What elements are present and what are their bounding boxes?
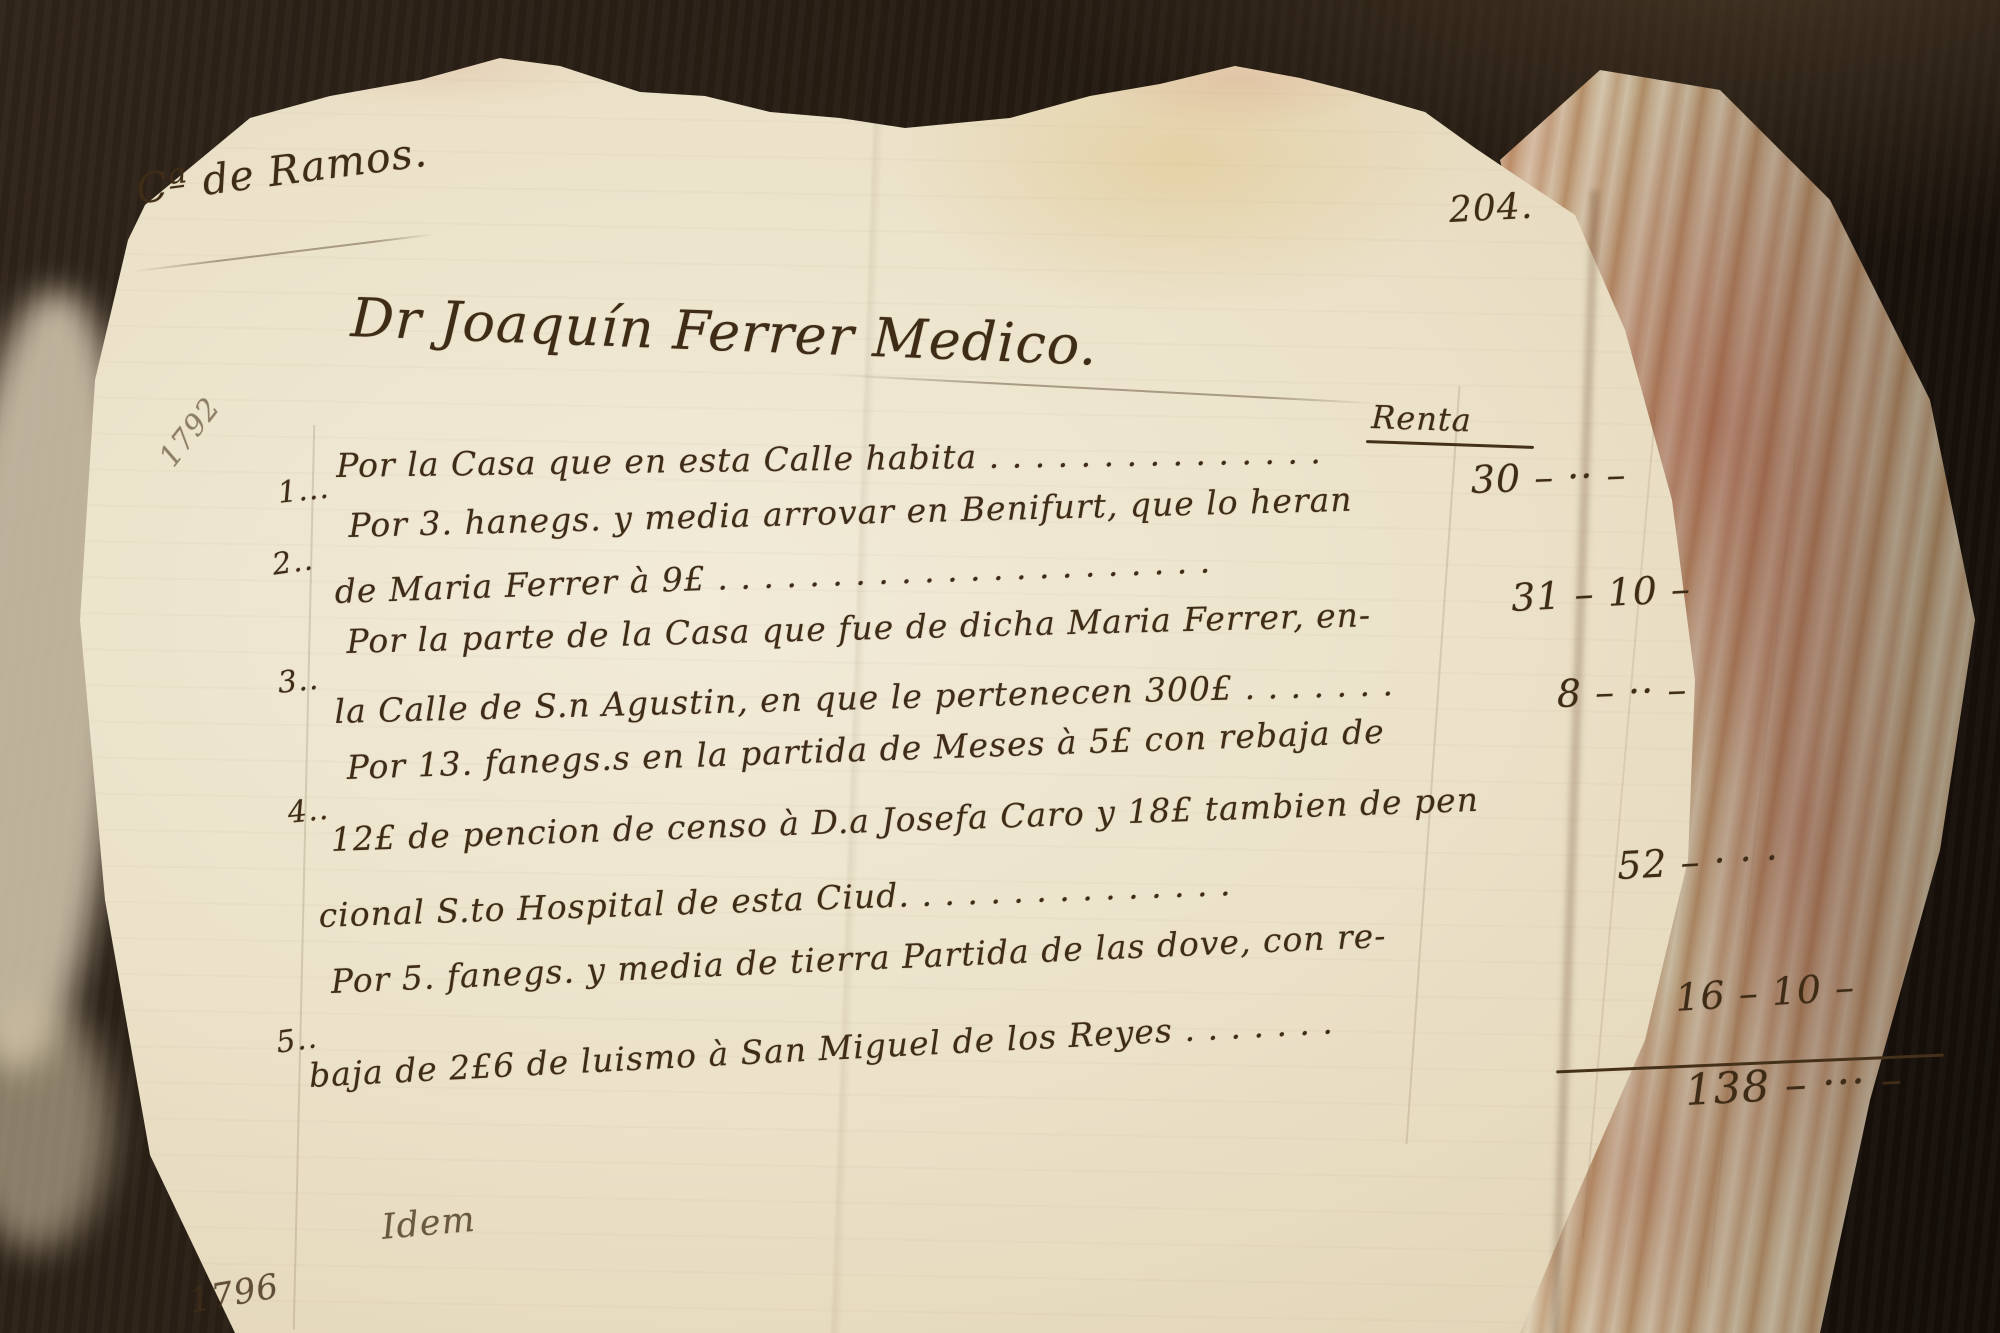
total-amount: 138 – ··· –	[1684, 1055, 1904, 1116]
amount-value: 31 – 10 –	[1510, 567, 1692, 620]
amount-value: 30 – ·· –	[1470, 453, 1627, 502]
folio-number: 204.	[1448, 186, 1534, 231]
opposite-page-blur-lower	[0, 1000, 110, 1250]
bottom-note: Idem	[380, 1200, 477, 1248]
entry-number: 4..	[286, 792, 331, 831]
entry-number: 5..	[274, 1020, 320, 1060]
entry-number: 1...	[276, 471, 331, 511]
amount-value: 52 – · · ·	[1616, 836, 1780, 888]
renta-column-header: Renta	[1371, 398, 1473, 439]
entry-number: 2..	[270, 542, 316, 582]
entry-number: 3..	[276, 662, 321, 701]
amount-value: 8 – ·· –	[1556, 667, 1688, 716]
manuscript-photo: { "colors": { "ink": "#3f2c17", "paper":…	[0, 0, 2000, 1333]
